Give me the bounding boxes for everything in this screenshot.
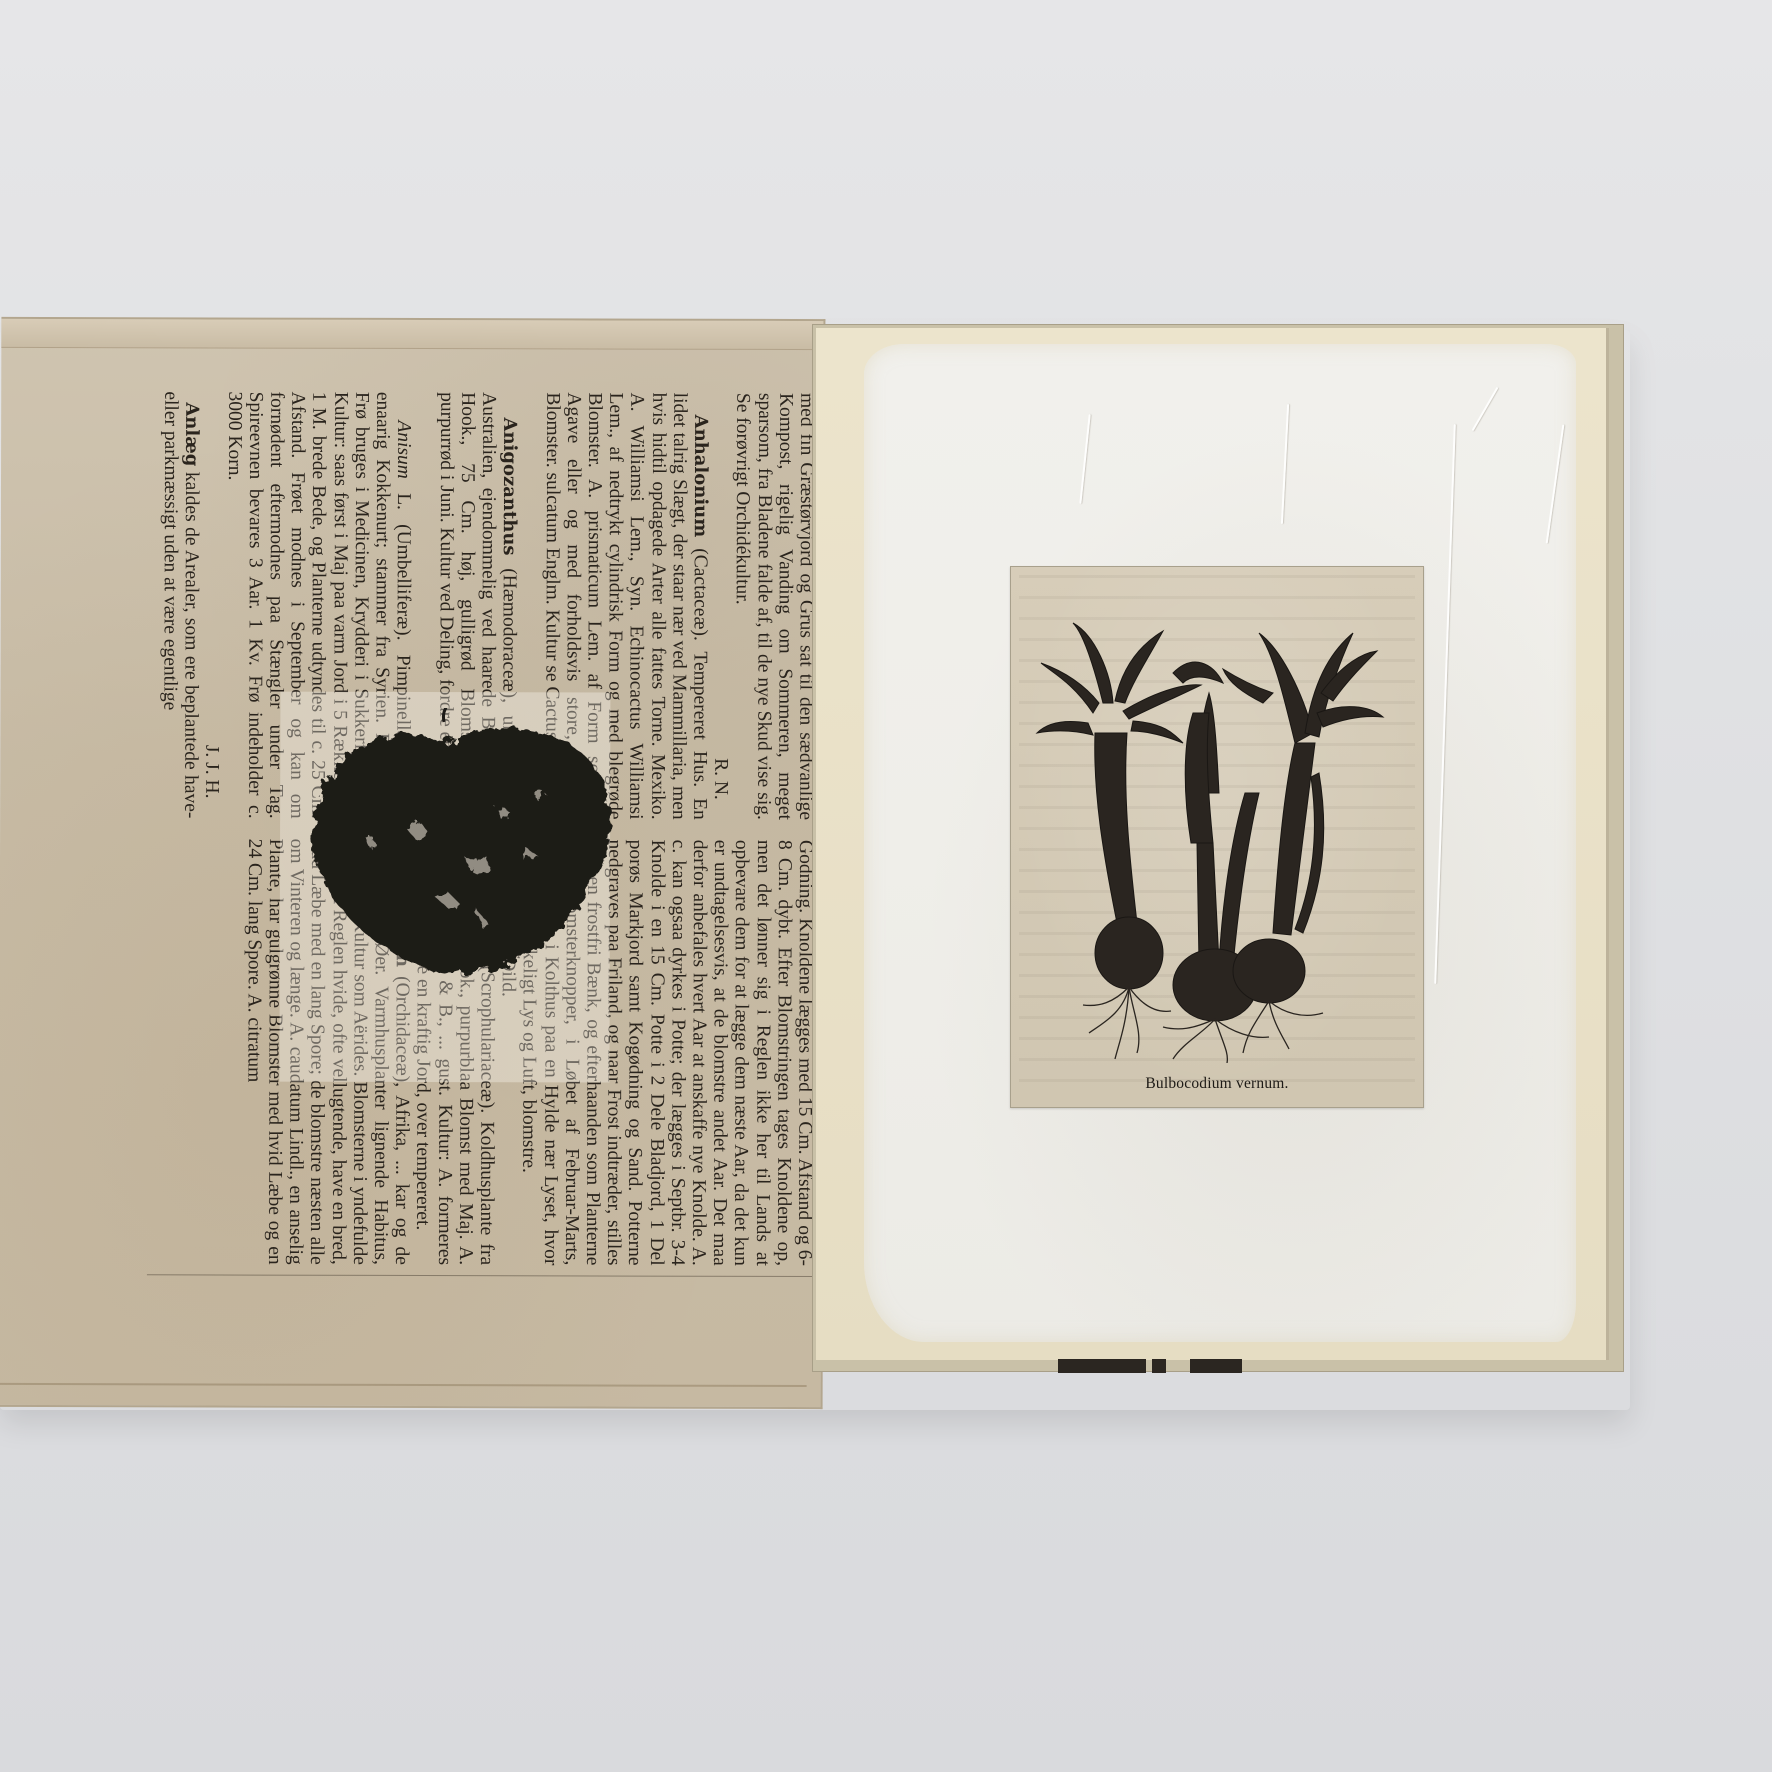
paint-streak xyxy=(1281,404,1289,524)
underlying-dark-strip xyxy=(1190,1359,1242,1373)
paint-streak xyxy=(1434,424,1456,984)
underlying-dark-strip xyxy=(1152,1359,1166,1373)
underlying-dark-strip xyxy=(1058,1359,1146,1373)
dark-tufted-shape xyxy=(296,708,620,984)
paint-streak xyxy=(1472,387,1499,431)
column-2-top-text: med fin Græstørvjord og Grus sat til den… xyxy=(731,393,817,820)
signature: R. N. xyxy=(710,393,732,820)
photo-scene: Godning. Knoldene lægges med 15 Cm. Afst… xyxy=(0,0,1772,1772)
entry-heading: Anisum xyxy=(393,420,414,479)
entry-heading: Anlæg xyxy=(181,402,202,466)
entry-heading: Anhalonium xyxy=(690,415,711,538)
engraving-caption: Bulbocodium vernum. xyxy=(1011,1075,1423,1093)
entry-anlaeg: Anlæg kaldes de Arealer, som ere beplant… xyxy=(159,391,203,818)
paint-streak xyxy=(1079,414,1090,504)
entry-heading: Anigozanthus xyxy=(499,417,520,555)
paint-streak xyxy=(1546,424,1565,543)
bulb-plant-illustration xyxy=(1033,593,1403,1063)
signature: J. J. H. xyxy=(201,391,223,818)
botanical-engraving: Bulbocodium vernum. xyxy=(1010,566,1424,1108)
